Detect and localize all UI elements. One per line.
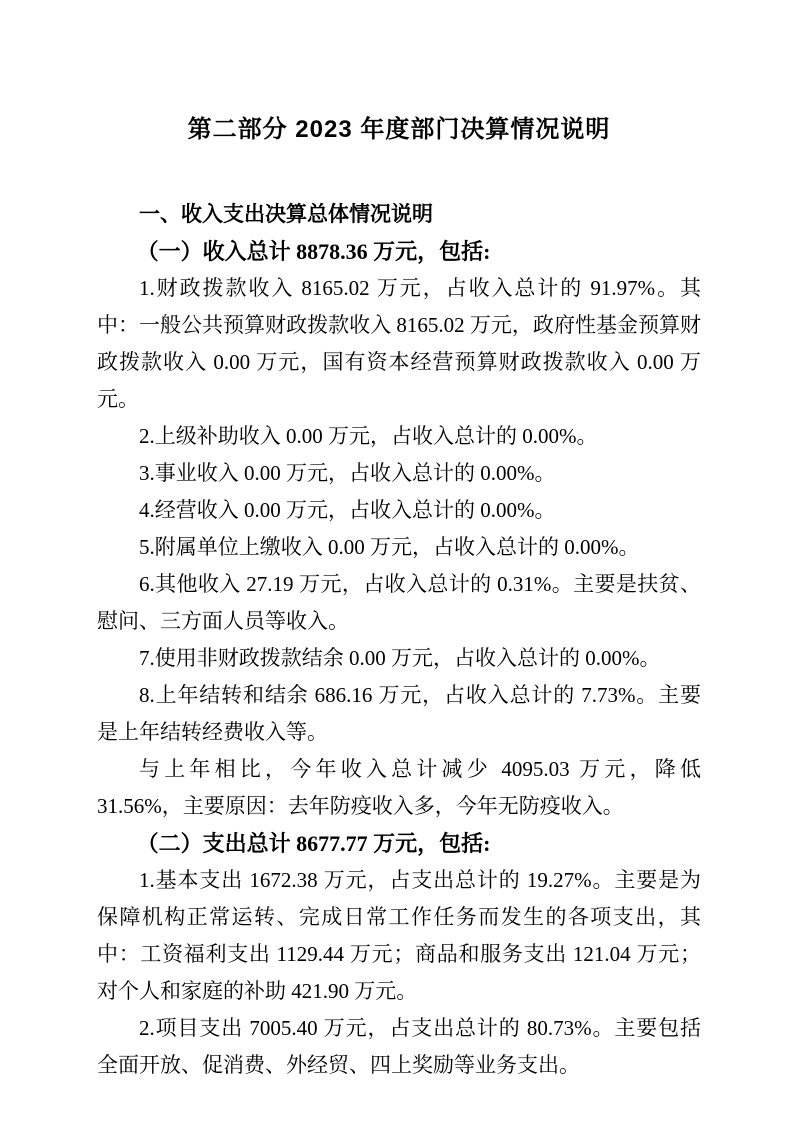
income-item-fiscal-appropriation: 1.财政拨款收入 8165.02 万元，占收入总计的 91.97%。其中：一般公…: [97, 270, 701, 418]
section-heading-overview: 一、收入支出决算总体情况说明: [97, 196, 701, 233]
income-comparison-paragraph: 与上年相比，今年收入总计减少 4095.03 万元，降低 31.56%，主要原因…: [97, 751, 701, 825]
income-item-business: 4.经营收入 0.00 万元，占收入总计的 0.00%。: [97, 492, 701, 529]
income-item-other: 6.其他收入 27.19 万元，占收入总计的 0.31%。主要是扶贫、慰问、三方…: [97, 566, 701, 640]
income-item-non-fiscal-balance: 7.使用非财政拨款结余 0.00 万元，占收入总计的 0.00%。: [97, 640, 701, 677]
expense-total-heading: （二）支出总计 8677.77 万元，包括:: [97, 825, 701, 862]
income-item-superior-subsidy: 2.上级补助收入 0.00 万元，占收入总计的 0.00%。: [97, 418, 701, 455]
income-item-operational: 3.事业收入 0.00 万元，占收入总计的 0.00%。: [97, 455, 701, 492]
document-page: 第二部分 2023 年度部门决算情况说明 一、收入支出决算总体情况说明 （一）收…: [0, 0, 793, 1122]
income-item-carryover: 8.上年结转和结余 686.16 万元，占收入总计的 7.73%。主要是上年结转…: [97, 677, 701, 751]
expense-item-project: 2.项目支出 7005.40 万元，占支出总计的 80.73%。主要包括全面开放…: [97, 1010, 701, 1084]
income-item-affiliated-units: 5.附属单位上缴收入 0.00 万元，占收入总计的 0.00%。: [97, 529, 701, 566]
income-total-heading: （一）收入总计 8878.36 万元，包括:: [97, 233, 701, 270]
document-title: 第二部分 2023 年度部门决算情况说明: [97, 112, 701, 148]
expense-item-basic: 1.基本支出 1672.38 万元，占支出总计的 19.27%。主要是为保障机构…: [97, 862, 701, 1010]
